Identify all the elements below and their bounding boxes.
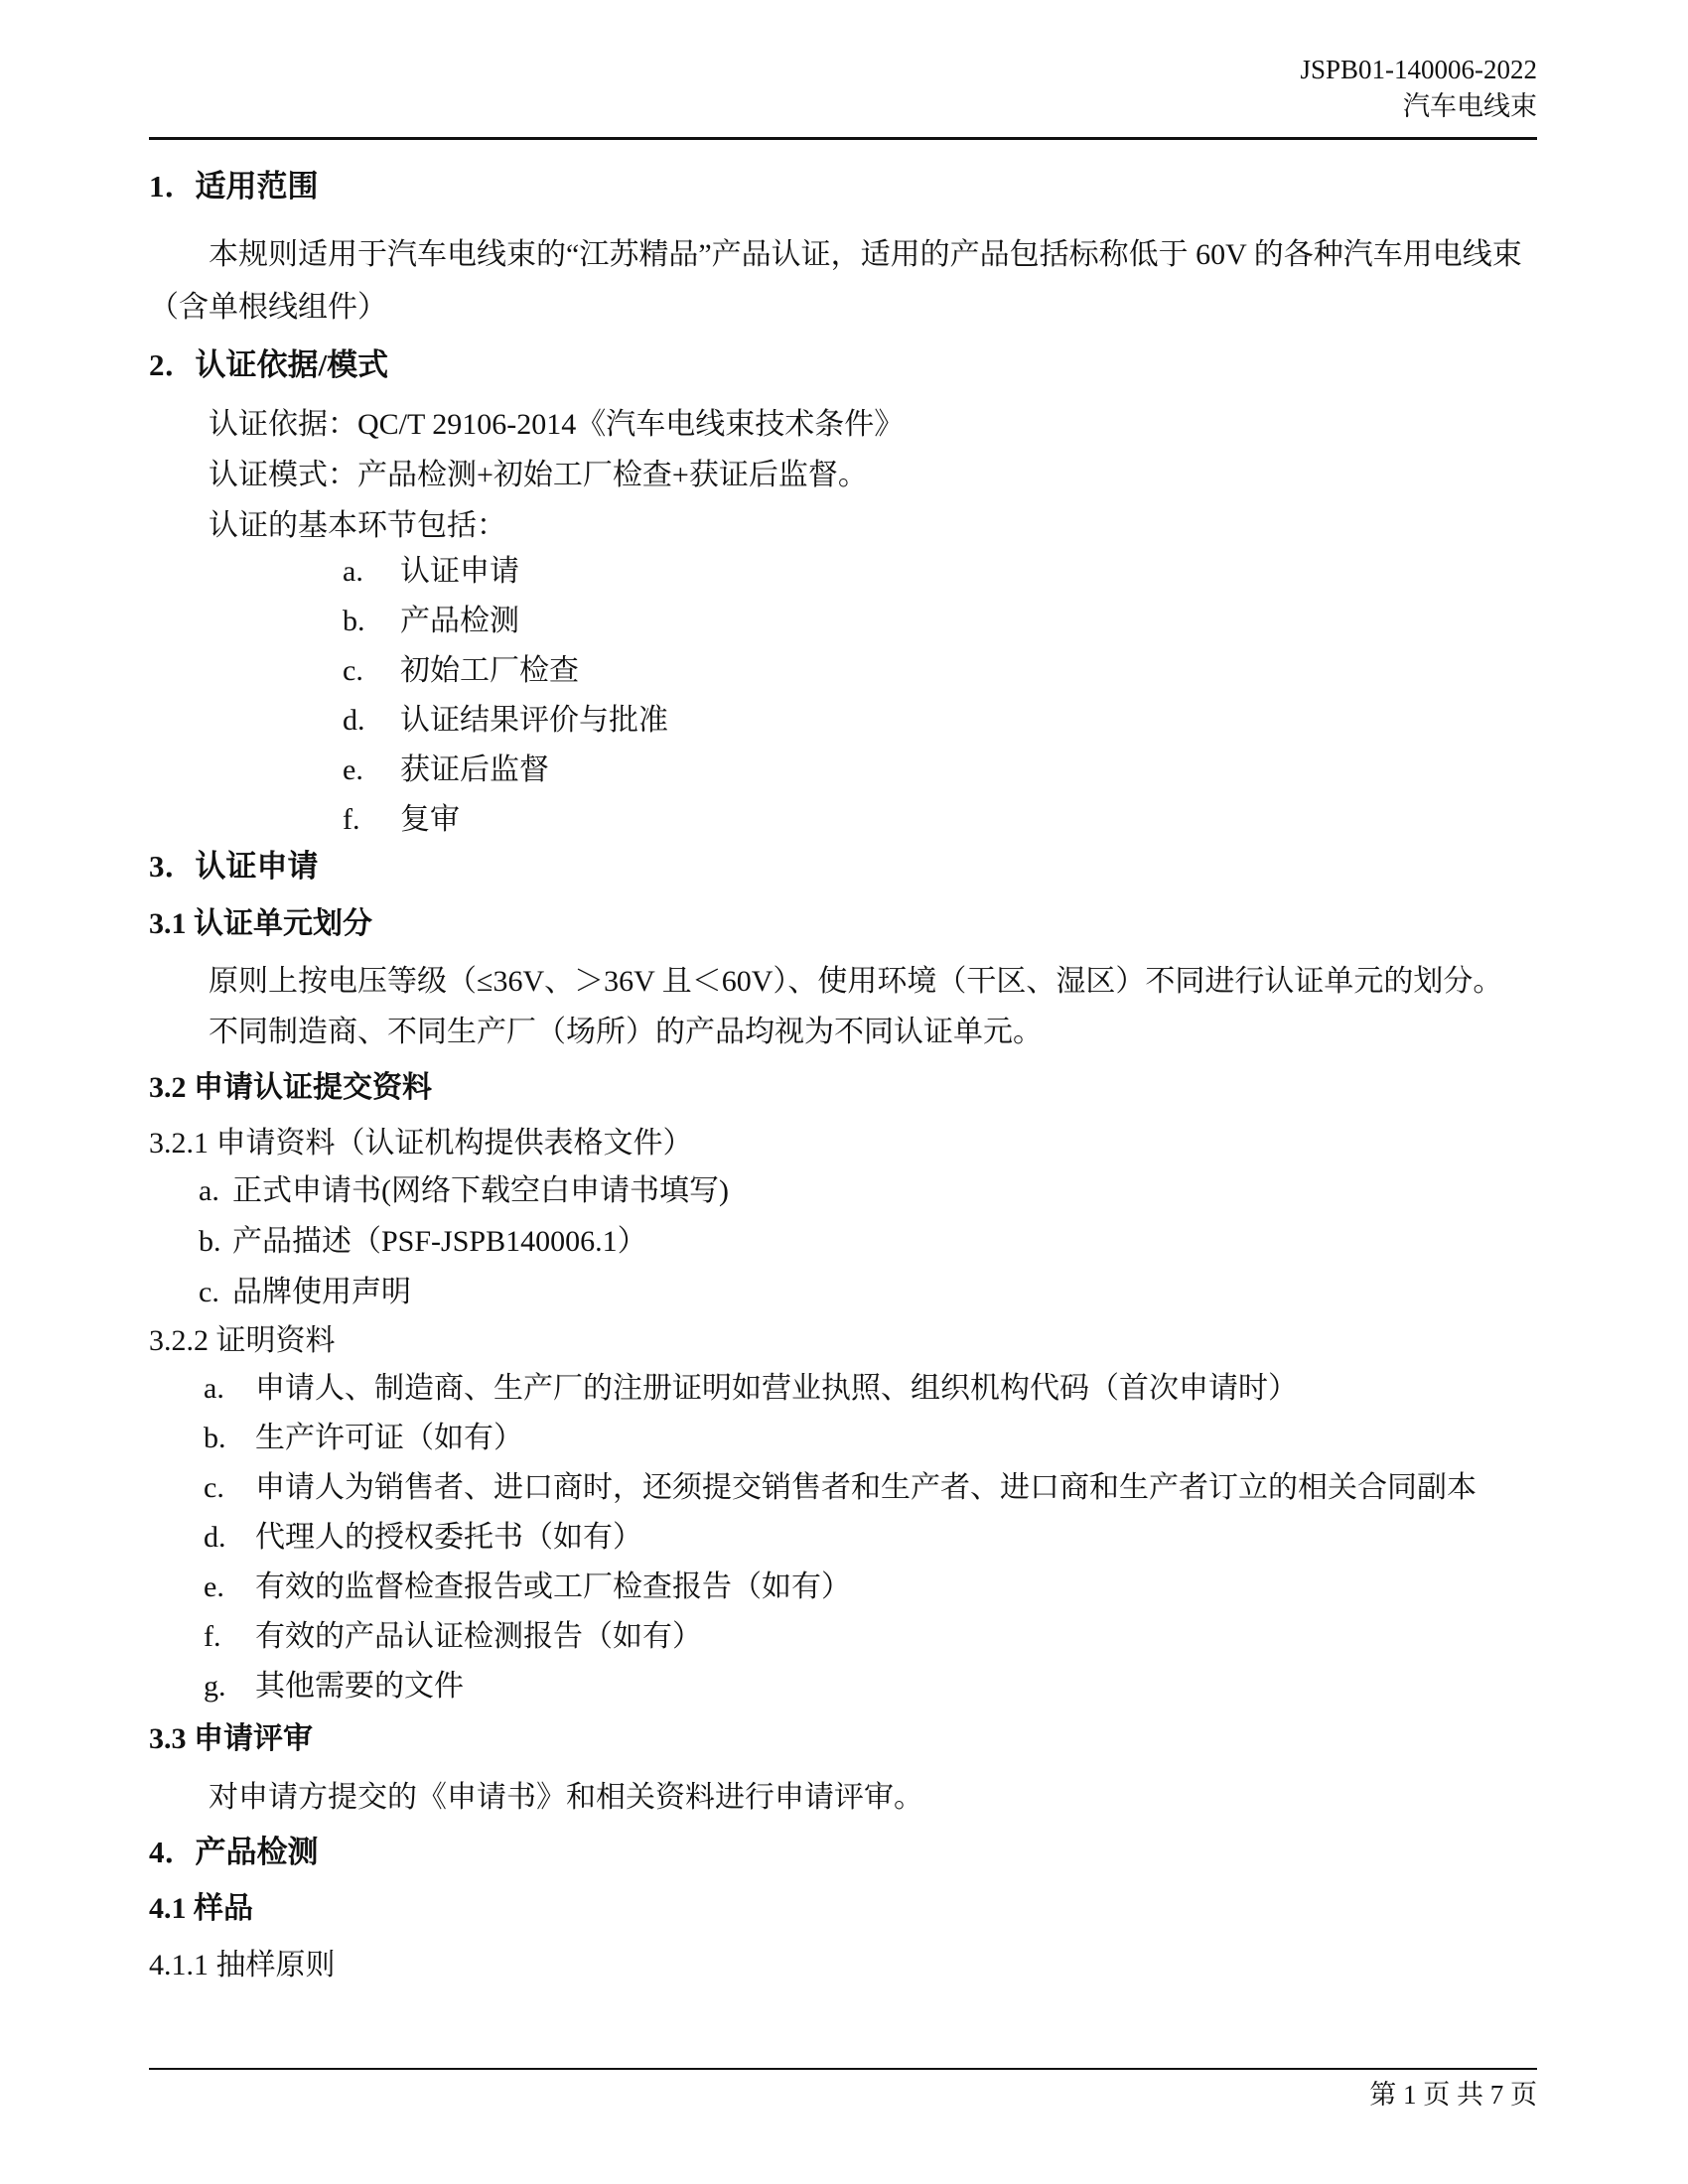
list-text: 产品检测 (400, 600, 519, 643)
list-item: c. 品牌使用声明 (199, 1271, 729, 1314)
header-rule (149, 137, 1537, 140)
list-item: a. 认证申请 (343, 550, 668, 594)
list-marker: e. (343, 749, 400, 792)
section-2-title: 2．认证依据/模式 (149, 345, 388, 385)
list-item: e. 获证后监督 (343, 749, 668, 792)
certification-steps-list: a. 认证申请 b. 产品检测 c. 初始工厂检查 d. 认证结果评价与批准 e… (343, 550, 668, 842)
list-text: 正式申请书(网络下载空白申请书填写) (232, 1169, 729, 1213)
list-text: 产品描述（PSF-JSPB140006.1） (232, 1220, 647, 1264)
list-item: c. 申请人为销售者、进口商时，还须提交销售者和生产者、进口商和生产者订立的相关… (204, 1466, 1477, 1510)
list-marker: c. (204, 1466, 255, 1510)
list-text: 品牌使用声明 (232, 1271, 411, 1314)
section-3-3-title: 3.3 申请评审 (149, 1719, 313, 1759)
section-3-1-line1: 原则上按电压等级（≤36V、＞36V 且＜60V）、使用环境（干区、湿区）不同进… (209, 960, 1502, 1004)
list-text: 其他需要的文件 (255, 1665, 464, 1708)
certification-basis: 认证依据：QC/T 29106-2014《汽车电线束技术条件》 (209, 403, 904, 447)
list-text: 认证结果评价与批准 (400, 699, 668, 743)
list-item: b. 生产许可证（如有） (204, 1417, 1477, 1460)
document-page: JSPB01-140006-2022 汽车电线束 1．适用范围 本规则适用于汽车… (0, 0, 1688, 2184)
list-marker: d. (343, 699, 400, 743)
list-item: c. 初始工厂检查 (343, 649, 668, 693)
list-marker: c. (199, 1271, 232, 1314)
section-4-1-title: 4.1 样品 (149, 1889, 253, 1929)
section-1-body: 本规则适用于汽车电线束的“江苏精品”产品认证，适用的产品包括标称低于 60V 的… (149, 228, 1539, 334)
section-3-title: 3．认证申请 (149, 847, 319, 887)
section-3-1-title: 3.1 认证单元划分 (149, 904, 372, 944)
list-marker: a. (204, 1367, 255, 1411)
list-marker: a. (343, 550, 400, 594)
footer-page-info: 第 1 页 共 7 页 (149, 2077, 1537, 2113)
list-item: b. 产品检测 (343, 600, 668, 643)
list-text: 复审 (400, 798, 460, 842)
list-marker: a. (199, 1169, 232, 1213)
section-1-title: 1．适用范围 (149, 167, 319, 206)
certification-mode: 认证模式：产品检测+初始工厂检查+获证后监督。 (209, 454, 868, 497)
list-marker: b. (199, 1220, 232, 1264)
list-item: e. 有效的监督检查报告或工厂检查报告（如有） (204, 1566, 1477, 1609)
list-marker: b. (204, 1417, 255, 1460)
list-item: a. 正式申请书(网络下载空白申请书填写) (199, 1169, 729, 1213)
list-text: 申请人为销售者、进口商时，还须提交销售者和生产者、进口商和生产者订立的相关合同副… (255, 1466, 1477, 1510)
section-3-2-1-title: 3.2.1 申请资料（认证机构提供表格文件） (149, 1122, 693, 1165)
list-item: d. 认证结果评价与批准 (343, 699, 668, 743)
list-marker: f. (343, 798, 400, 842)
list-text: 有效的产品认证检测报告（如有） (255, 1615, 702, 1659)
list-item: b. 产品描述（PSF-JSPB140006.1） (199, 1220, 729, 1264)
section-3-1-line2: 不同制造商、不同生产厂（场所）的产品均视为不同认证单元。 (209, 1011, 1043, 1054)
list-marker: f. (204, 1615, 255, 1659)
section-3-2-2-title: 3.2.2 证明资料 (149, 1319, 336, 1363)
list-item: f. 有效的产品认证检测报告（如有） (204, 1615, 1477, 1659)
header-doc-product: 汽车电线束 (149, 88, 1537, 124)
header-doc-code: JSPB01-140006-2022 (149, 52, 1537, 87)
list-item: d. 代理人的授权委托书（如有） (204, 1516, 1477, 1560)
list-item: f. 复审 (343, 798, 668, 842)
list-text: 获证后监督 (400, 749, 549, 792)
list-text: 初始工厂检查 (400, 649, 579, 693)
list-text: 申请人、制造商、生产厂的注册证明如营业执照、组织机构代码（首次申请时） (255, 1367, 1298, 1411)
list-marker: e. (204, 1566, 255, 1609)
list-marker: c. (343, 649, 400, 693)
list-text: 生产许可证（如有） (255, 1417, 523, 1460)
list-marker: g. (204, 1665, 255, 1708)
proof-docs-list: a. 申请人、制造商、生产厂的注册证明如营业执照、组织机构代码（首次申请时） b… (204, 1367, 1477, 1708)
list-text: 有效的监督检查报告或工厂检查报告（如有） (255, 1566, 851, 1609)
list-text: 认证申请 (400, 550, 519, 594)
application-docs-list: a. 正式申请书(网络下载空白申请书填写) b. 产品描述（PSF-JSPB14… (199, 1169, 729, 1314)
section-3-3-body: 对申请方提交的《申请书》和相关资料进行申请评审。 (209, 1776, 923, 1820)
list-marker: b. (343, 600, 400, 643)
list-item: g. 其他需要的文件 (204, 1665, 1477, 1708)
section-4-1-1-title: 4.1.1 抽样原则 (149, 1944, 336, 1987)
list-item: a. 申请人、制造商、生产厂的注册证明如营业执照、组织机构代码（首次申请时） (204, 1367, 1477, 1411)
footer-rule (149, 2068, 1537, 2070)
list-text: 代理人的授权委托书（如有） (255, 1516, 642, 1560)
section-4-title: 4．产品检测 (149, 1833, 319, 1872)
list-marker: d. (204, 1516, 255, 1560)
section-3-2-title: 3.2 申请认证提交资料 (149, 1068, 432, 1108)
steps-intro: 认证的基本环节包括： (209, 504, 506, 548)
